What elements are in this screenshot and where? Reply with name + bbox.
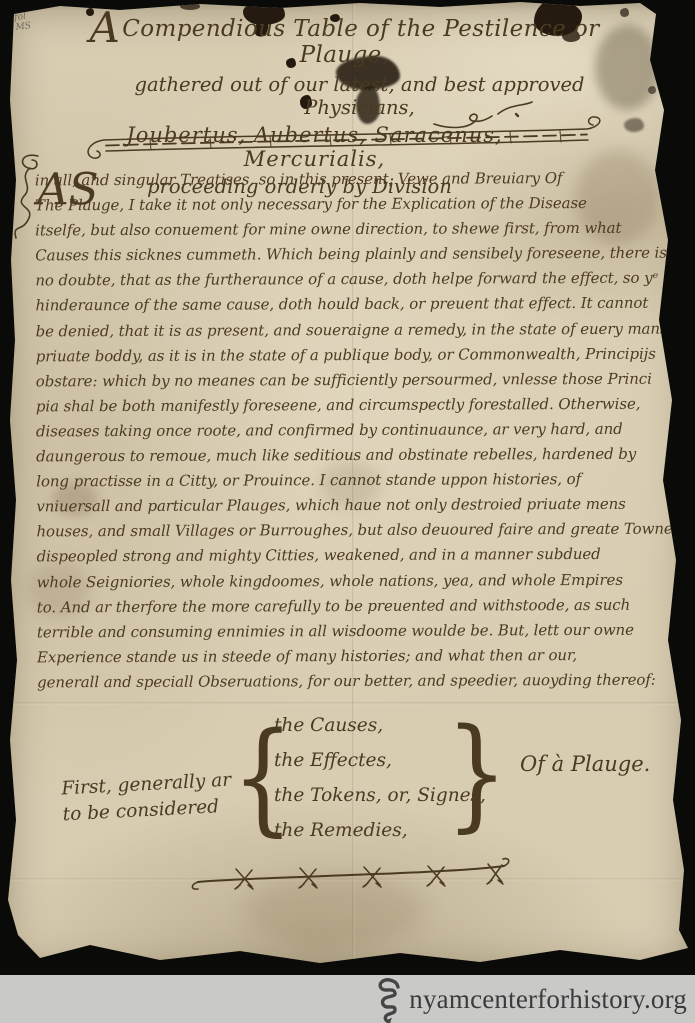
title-line: ACompendious Table of the Pestilence or … — [52, 16, 637, 68]
manuscript-line: priuate boddy, as it is in the state of … — [36, 341, 660, 369]
ink-blot — [648, 86, 656, 94]
manuscript-line: pia shal be both manifestly foreseene, a… — [36, 391, 660, 419]
ink-blot — [180, 2, 200, 10]
title-line: gathered out of our latest, and best app… — [82, 73, 637, 119]
manuscript-page: fol MS ACompendious Table of the Pestile… — [0, 0, 695, 975]
pencil-shelfmark: fol MS — [14, 11, 32, 33]
watermark-site-text: nyamcenterforhistory.org — [409, 984, 687, 1015]
consideration-figure: First, generally ar to be considered { t… — [0, 700, 695, 880]
manuscript-line: be denied, that it is as present, and so… — [36, 316, 660, 344]
manuscript-line: daungerous to remoue, much like seditiou… — [36, 442, 660, 470]
manuscript-line: hinderaunce of the same cause, doth houl… — [35, 291, 659, 319]
manuscript-line: whole Seigniories, whole kingdoomes, who… — [37, 567, 661, 595]
manuscript-line: dispeopled strong and mighty Citties, we… — [36, 542, 660, 570]
consideration-result: Of à Plauge. — [520, 752, 650, 776]
manuscript-line: obstare: which by no meanes can be suffi… — [36, 366, 660, 394]
closing-flourish — [188, 855, 518, 893]
manuscript-line: Experience stande us in steede of many h… — [37, 642, 661, 670]
manuscript-line: diseases taking once roote, and confirme… — [36, 417, 660, 445]
body-drop-cap: AS — [37, 164, 99, 215]
snake-staff-icon — [373, 978, 403, 1023]
manuscript-line: long practisse in a Citty, or Prouince. … — [36, 467, 660, 495]
scroll-divider — [80, 122, 615, 164]
manuscript-line: to. And ar therfore the more carefully t… — [37, 592, 661, 620]
manuscript-line: terrible and consuming ennimies in all w… — [37, 617, 661, 645]
body-paragraph: AS in all, and singular Treatises, so in… — [35, 166, 661, 696]
manuscript-line: itselfe, but also conuement for mine own… — [35, 216, 659, 244]
manuscript-line: generall and speciall Obseruations, for … — [37, 668, 661, 696]
title-line-text: Compendious Table of the Pestilence or P… — [122, 16, 599, 68]
screenshot-stage: fol MS ACompendious Table of the Pestile… — [0, 0, 695, 1023]
manuscript-line: Causes this sicknes cummeth. Which being… — [35, 241, 659, 269]
manuscript-line: The Plauge, I take it not only necessary… — [35, 191, 659, 219]
watermark-bar: nyamcenterforhistory.org — [0, 975, 695, 1023]
manuscript-line: no doubte, that as the furtheraunce of a… — [35, 266, 659, 294]
manuscript-line: vniuersall and particular Plauges, which… — [36, 492, 660, 520]
manuscript-line: houses, and small Villages or Burroughes… — [36, 517, 660, 545]
consideration-intro: First, generally ar to be considered — [61, 768, 233, 829]
title-drop-cap: A — [90, 3, 121, 52]
manuscript-line: in all, and singular Treatises, so in th… — [35, 166, 659, 194]
close-brace: } — [446, 698, 508, 848]
